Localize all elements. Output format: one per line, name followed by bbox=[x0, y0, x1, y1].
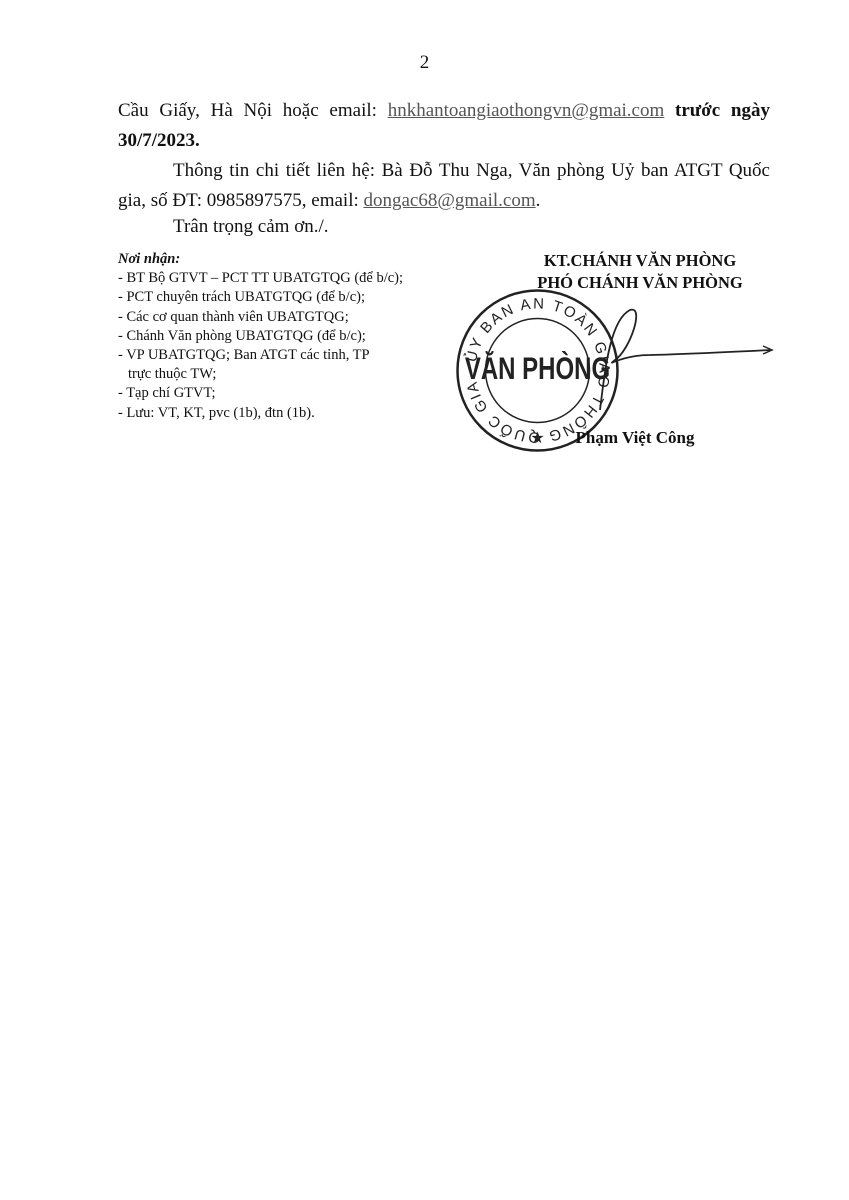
handwritten-signature-icon bbox=[560, 280, 780, 430]
recipient-item: - Tạp chí GTVT; bbox=[118, 384, 458, 403]
closing-thanks: Trân trọng cảm ơn./. bbox=[173, 212, 825, 242]
recipient-item: - Lưu: VT, KT, pvc (1b), đtn (1b). bbox=[118, 404, 458, 423]
signer-name: Phạm Việt Công bbox=[490, 428, 780, 448]
recipients-list: Nơi nhận: - BT Bộ GTVT – PCT TT UBATGTQG… bbox=[118, 250, 458, 423]
recipient-item: - PCT chuyên trách UBATGTQG (để b/c); bbox=[118, 288, 458, 307]
recipients-title: Nơi nhận: bbox=[118, 250, 458, 269]
recipient-item: - VP UBATGTQG; Ban ATGT các tỉnh, TP bbox=[118, 346, 458, 365]
paragraph-contact: Thông tin chi tiết liên hệ: Bà Đỗ Thu Ng… bbox=[118, 156, 770, 216]
p1-text: Cầu Giấy, Hà Nội hoặc email: bbox=[118, 100, 388, 121]
signer-line1: KT.CHÁNH VĂN PHÒNG bbox=[490, 250, 790, 272]
page-number: 2 bbox=[0, 52, 849, 74]
recipient-item: - Các cơ quan thành viên UBATGTQG; bbox=[118, 308, 458, 327]
recipient-item: - BT Bộ GTVT – PCT TT UBATGTQG (để b/c); bbox=[118, 269, 458, 288]
submission-email-link[interactable]: hnkhantoangiaothongvn@gmai.com bbox=[388, 100, 665, 121]
recipient-item: - Chánh Văn phòng UBATGTQG (để b/c); bbox=[118, 327, 458, 346]
paragraph-submission: Cầu Giấy, Hà Nội hoặc email: hnkhantoang… bbox=[118, 96, 770, 156]
p2-end: . bbox=[536, 190, 541, 211]
contact-email-link[interactable]: dongac68@gmail.com bbox=[364, 190, 536, 211]
recipient-item: trực thuộc TW; bbox=[118, 365, 458, 384]
